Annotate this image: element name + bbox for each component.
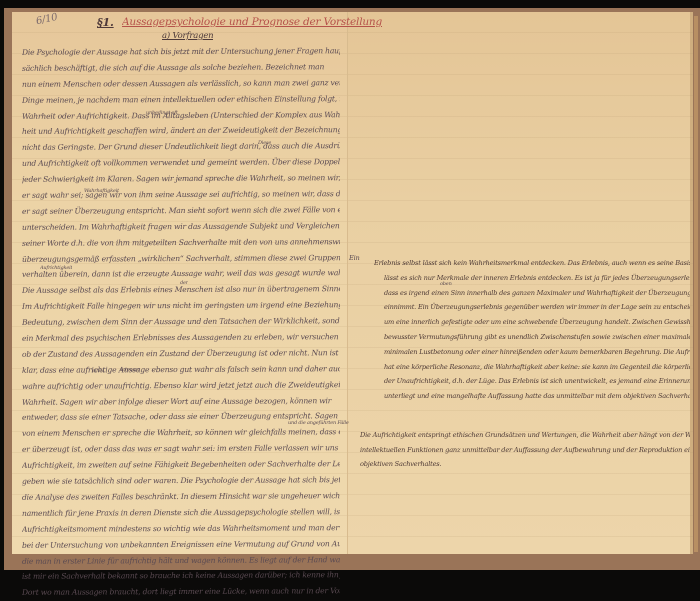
interlinear-note: oben [440,281,452,287]
text-line: die Analyse des zweiten Falles beschränk… [22,488,340,506]
text-line: seiner Worte d.h. die von ihm mitgeteilt… [22,234,340,252]
text-line: bewusster Vermutungsführung gibt es unen… [384,330,690,345]
interlinear-note: Wahrhaftigkeit [84,188,119,194]
text-line: geben wie sie tatsächlich sind oder ware… [22,472,340,490]
text-line: objektiven Sachverhaltes. [360,457,690,472]
text-line: lässt es sich nur Merkmale der inneren E… [384,271,690,286]
text-line: Aufrichtigkeitsmoment mindestens so wich… [22,520,340,538]
text-line: Die Aufrichtigkeit entspringt ethischen … [360,428,690,443]
text-line: Aufrichtigkeit, im zweiten auf seine Fäh… [22,456,340,474]
left-page-text: Die Psychologie der Aussage hat sich bis… [22,44,340,570]
text-line: minimalen Lustbetonung oder einer hinrei… [384,345,690,360]
text-line: ob der Zustand des Aussagenden ein Zusta… [22,345,340,363]
text-line: klar, dass eine aufrichtige Aussage eben… [22,361,340,379]
text-line: um eine innerlich gefestigte oder um ein… [384,315,690,330]
text-line: einnimmt. Ein Überzeugungserlebnis gegen… [384,300,690,315]
interlinear-note: schmerz [120,367,140,373]
text-line: sächlich beschäftigt, die sich auf die A… [22,59,340,77]
text-line: namentlich für jene Praxis in deren Dien… [22,504,340,522]
text-line: ein Merkmal des psychischen Erlebnisses … [22,329,340,347]
text-line: jeder Schwierigkeit im Klaren. Sagen wir… [22,170,340,188]
text-line: Die Psychologie der Aussage hat sich bis… [22,43,340,61]
text-line: und Aufrichtigkeit oft vollkommen verwen… [22,154,340,172]
text-line: Bedeutung, zwischen dem Sinn der Aussage… [22,313,340,331]
text-line: intellektuellen Funktionen ganz unmittel… [360,443,690,458]
text-line: unterscheiden. Im Wahrhaftigkeit fragen … [22,218,340,236]
interlinear-note: unbedingt oft [146,110,178,116]
text-line: er sagt wahr sei; sagen wir von ihm sein… [22,186,340,204]
text-line: er überzeugt ist, oder dass das was er s… [22,440,340,458]
section-heading: Aussagepsychologie und Prognose der Vors… [122,16,382,28]
interlinear-note: Diese [258,140,271,146]
text-line: nun einem Menschen oder dessen Aussagen … [22,75,340,93]
right-page-paragraph-2: Die Aufrichtigkeit entspringt ethischen … [360,428,690,472]
section-number: §1. [97,16,114,29]
text-line: hat eine körperliche Resonanz, die Wahrh… [384,360,690,375]
interlinear-note: und die angeführten Fälle [288,420,349,426]
interlinear-note: der [180,280,188,286]
text-line: Im Aufrichtigkeit Falle hingegen wir uns… [22,297,340,315]
text-line: Dinge meinen, je nachdem man einen intel… [22,91,340,109]
gutter-continuation: Ein [349,254,360,262]
text-line: Erlebnis selbst lässt sich kein Wahrheit… [374,256,690,271]
text-line: der Unaufrichtigkeit, d.h. der Lüge. Das… [384,374,690,389]
text-line: er sagt seiner Überzeugung entspricht. M… [22,202,340,220]
interlinear-note: Aufrichtigkeit [40,265,72,271]
right-page-paragraph-1: Erlebnis selbst lässt sich kein Wahrheit… [384,256,690,404]
section-subheading: a) Vorfragen [162,31,213,41]
text-line: dass es irgend einen Sinn innerhalb des … [384,286,690,301]
text-line: unterliegt und eine mangelhafte Auffassu… [384,389,690,404]
text-line: bei der Untersuchung von unbekannten Ere… [22,536,340,554]
text-line: wahre aufrichtig oder unaufrichtig. Eben… [22,377,340,395]
interlinear-note: eines [92,368,104,374]
scan-background: 6/10 §1. Aussagepsychologie und Prognose… [0,0,700,570]
